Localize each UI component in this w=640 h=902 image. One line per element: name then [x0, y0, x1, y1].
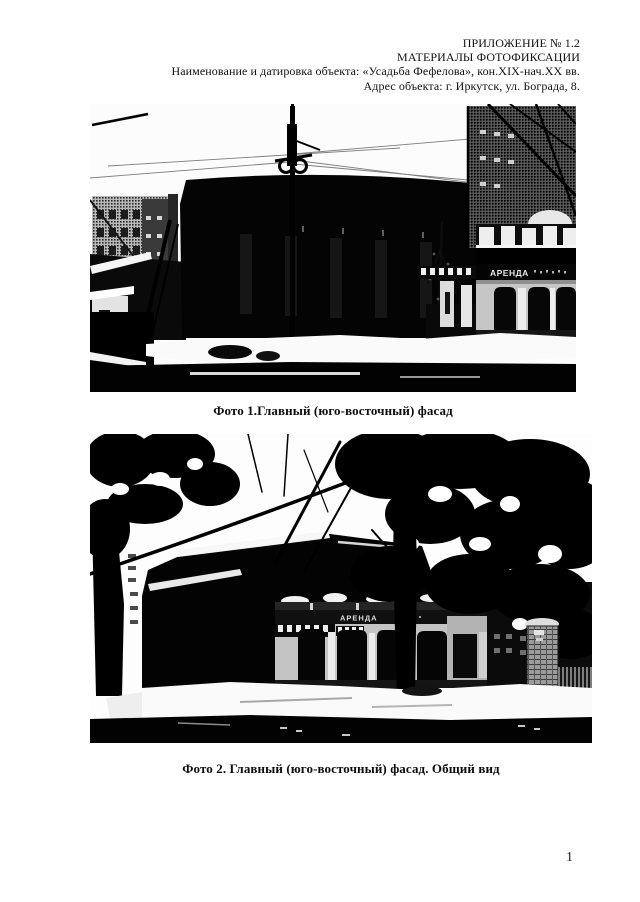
photo-1-caption: Фото 1.Главный (юго-восточный) фасад: [90, 403, 576, 419]
photo-1: АРЕНДА: [90, 104, 576, 392]
arenda-sign-text-2: АРЕНДА: [340, 614, 378, 623]
photo-2-image: АРЕНДА: [90, 434, 592, 743]
document-page: ПРИЛОЖЕНИЕ № 1.2 МАТЕРИАЛЫ ФОТОФИКСАЦИИ …: [0, 0, 640, 902]
header-line-address: Адрес объекта: г. Иркутск, ул. Бограда, …: [60, 79, 580, 93]
photo-2: АРЕНДА: [90, 434, 592, 743]
header-line-materials-title: МАТЕРИАЛЫ ФОТОФИКСАЦИИ: [60, 50, 580, 64]
arenda-sign-text-1: АРЕНДА: [490, 268, 529, 278]
arenda-building: АРЕНДА: [476, 224, 576, 342]
header-line-appendix: ПРИЛОЖЕНИЕ № 1.2: [60, 36, 580, 50]
foreground-snow-and-road-2: [90, 682, 592, 743]
header-line-object: Наименование и датировка объекта: «Усадь…: [60, 64, 580, 78]
photo-1-image: АРЕНДА: [90, 104, 576, 392]
page-number: 1: [566, 850, 573, 866]
header-block: ПРИЛОЖЕНИЕ № 1.2 МАТЕРИАЛЫ ФОТОФИКСАЦИИ …: [60, 36, 580, 93]
photo-2-caption: Фото 2. Главный (юго-восточный) фасад. О…: [90, 761, 592, 777]
